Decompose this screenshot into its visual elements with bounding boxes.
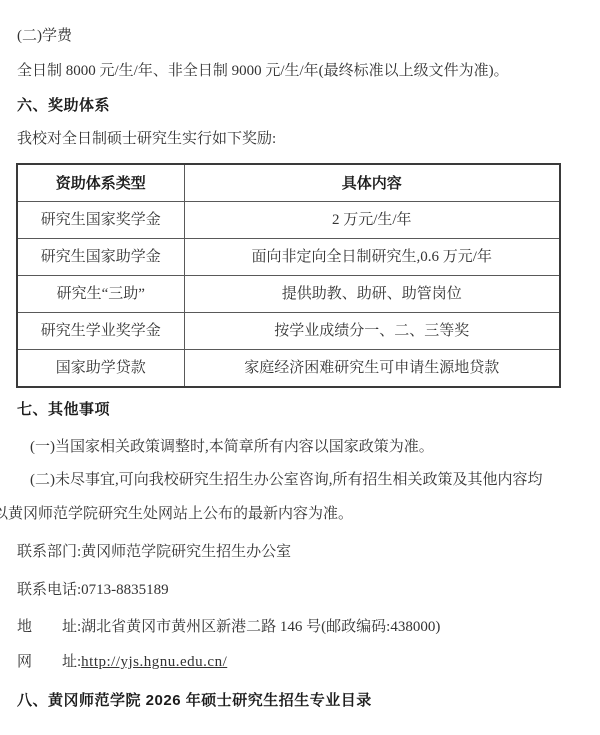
website-label: 网 址:: [17, 654, 81, 670]
cell-content: 按学业成绩分一、二、三等奖: [184, 313, 560, 350]
cell-type: 国家助学贷款: [17, 350, 184, 388]
section-heading-catalog: 八、黄冈师范学院 2026 年硕士研究生招生专业目录: [17, 692, 583, 709]
table-row: 国家助学贷款 家庭经济困难研究生可申请生源地贷款: [17, 350, 560, 388]
other-item-2-line-1: (二)未尽事宜,可向我校研究生招生办公室咨询,所有招生相关政策及其他内容均: [17, 472, 583, 489]
table-row: 研究生国家奖学金 2 万元/生/年: [17, 202, 560, 239]
document-page: (二)学费 全日制 8000 元/生/年、非全日制 9000 元/生/年(最终标…: [0, 0, 600, 735]
cell-type: 研究生国家奖学金: [17, 202, 184, 239]
tuition-subheading: (二)学费: [17, 28, 583, 45]
contact-department: 联系部门:黄冈师范学院研究生招生办公室: [17, 544, 583, 561]
column-header-type: 资助体系类型: [17, 164, 184, 202]
cell-type: 研究生学业奖学金: [17, 313, 184, 350]
website-link[interactable]: http://yjs.hgnu.edu.cn/: [81, 654, 227, 670]
contact-address: 地 址:湖北省黄冈市黄州区新港二路 146 号(邮政编码:438000): [17, 619, 583, 636]
tuition-body: 全日制 8000 元/生/年、非全日制 9000 元/生/年(最终标准以上级文件…: [17, 63, 583, 80]
column-header-content: 具体内容: [184, 164, 560, 202]
table-header-row: 资助体系类型 具体内容: [17, 164, 560, 202]
cell-content: 面向非定向全日制研究生,0.6 万元/年: [184, 239, 560, 276]
table-row: 研究生学业奖学金 按学业成绩分一、二、三等奖: [17, 313, 560, 350]
cell-content: 2 万元/生/年: [184, 202, 560, 239]
cell-type: 研究生“三助”: [17, 276, 184, 313]
cell-type: 研究生国家助学金: [17, 239, 184, 276]
section-heading-scholarship: 六、奖助体系: [17, 97, 583, 114]
other-item-1: (一)当国家相关政策调整时,本简章所有内容以国家政策为准。: [17, 439, 583, 456]
cell-content: 提供助教、助研、助管岗位: [184, 276, 560, 313]
other-item-2-line-2: 以黄冈师范学院研究生处网站上公布的最新内容为准。: [0, 506, 583, 523]
table-row: 研究生“三助” 提供助教、助研、助管岗位: [17, 276, 560, 313]
scholarship-intro: 我校对全日制硕士研究生实行如下奖励:: [17, 131, 583, 148]
contact-phone: 联系电话:0713-8835189: [17, 582, 583, 599]
section-heading-other: 七、其他事项: [17, 401, 583, 418]
cell-content: 家庭经济困难研究生可申请生源地贷款: [184, 350, 560, 388]
table-row: 研究生国家助学金 面向非定向全日制研究生,0.6 万元/年: [17, 239, 560, 276]
contact-website: 网 址:http://yjs.hgnu.edu.cn/: [17, 654, 583, 671]
scholarship-table: 资助体系类型 具体内容 研究生国家奖学金 2 万元/生/年 研究生国家助学金 面…: [16, 163, 561, 388]
